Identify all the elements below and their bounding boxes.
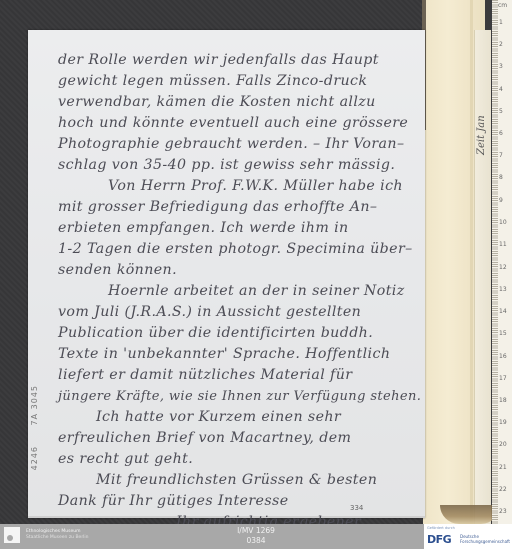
ruler-label: 14 (499, 308, 507, 315)
archive-margin-note: 7A 3045 (30, 385, 39, 425)
ruler-label: 1 (499, 19, 503, 26)
ruler-label: 19 (499, 419, 507, 426)
ruler-label: 11 (499, 241, 507, 248)
ruler-label: 9 (499, 197, 503, 204)
funded-by-label: Gefördert durch (427, 526, 455, 530)
letter-line: Ich hatte vor Kurzem einen sehr (58, 407, 418, 428)
letter-line: jüngere Kräfte, wie sie Ihnen zur Verfüg… (58, 386, 418, 407)
letter-line: Dank für Ihr gütiges Interesse (58, 491, 418, 512)
letter-line: Publication über die identificirten budd… (58, 323, 418, 344)
measurement-ruler: cm 1 2 3 4 5 6 7 8 9 10 11 12 13 14 15 1… (492, 0, 512, 524)
letter-line: Hoernle arbeitet an der in seiner Notiz (58, 281, 418, 302)
ruler-label: 20 (499, 441, 507, 448)
footer-bar: Ethnologisches Museum Staatliche Museen … (0, 524, 512, 549)
ruler-label: 15 (499, 330, 507, 337)
letter-line: erbieten empfangen. Ich werde ihm in (58, 218, 418, 239)
ruler-label: 18 (499, 397, 507, 404)
ruler-ticks (492, 0, 498, 524)
ruler-label: 7 (499, 152, 503, 159)
dfg-logo-icon: DFG (427, 533, 451, 546)
letter-text: der Rolle werden wir jedenfalls das Haup… (58, 50, 418, 524)
ruler-label: 4 (499, 86, 503, 93)
letter-line: Von Herrn Prof. F.W.K. Müller habe ich (58, 176, 418, 197)
letter-line: hoch und könnte eventuell auch eine grös… (58, 113, 418, 134)
page-number: 334 (350, 504, 363, 512)
ruler-label: 17 (499, 375, 507, 382)
letter-line: mit grosser Befriedigung das erhoffte An… (58, 197, 418, 218)
ruler-unit: cm (498, 2, 507, 9)
folder-side-note: Zeit Jan (476, 95, 490, 155)
letter-line: verwendbar, kämen die Kosten nicht allzu (58, 92, 418, 113)
ruler-label: 3 (499, 63, 503, 70)
letter-line: Mit freundlichsten Grüssen & besten (58, 470, 418, 491)
letter-line: vom Juli (J.R.A.S.) in Aussicht gestellt… (58, 302, 418, 323)
ruler-label: 22 (499, 486, 507, 493)
letter-line: gewicht legen müssen. Falls Zinco-druck (58, 71, 418, 92)
letter-line: 1-2 Tagen die ersten photogr. Specimina … (58, 239, 418, 260)
letter-line: Texte in 'unbekannter' Sprache. Hoffentl… (58, 344, 418, 365)
folder-stain (440, 505, 500, 524)
archive-margin-number: 4246 (30, 446, 39, 470)
letter-line: Photographie gebraucht werden. – Ihr Vor… (58, 134, 418, 155)
ruler-label: 6 (499, 130, 503, 137)
letter-line: der Rolle werden wir jedenfalls das Haup… (58, 50, 418, 71)
folder-edge (470, 0, 473, 524)
dfg-name-line2: Forschungsgemeinschaft (460, 539, 510, 544)
letter-line: liefert er damit nützliches Material für (58, 365, 418, 386)
letter-line: es recht gut geht. (58, 449, 418, 470)
ruler-label: 13 (499, 286, 507, 293)
scan-area: Zeit Jan cm 1 2 3 4 5 6 7 8 9 10 11 12 1… (0, 0, 512, 524)
letter-line: erfreulichen Brief von Macartney, dem (58, 428, 418, 449)
handwritten-letter: der Rolle werden wir jedenfalls das Haup… (28, 30, 425, 518)
ruler-label: 5 (499, 108, 503, 115)
ruler-label: 2 (499, 41, 503, 48)
letter-line: schlag von 35-40 pp. ist gewiss sehr mäs… (58, 155, 418, 176)
ruler-label: 23 (499, 508, 507, 515)
ruler-label: 12 (499, 264, 507, 271)
ruler-label: 8 (499, 174, 503, 181)
ruler-label: 10 (499, 219, 507, 226)
dfg-branding: Gefördert durch DFG Deutsche Forschungsg… (424, 524, 512, 549)
letter-line: senden können. (58, 260, 418, 281)
ruler-label: 21 (499, 464, 507, 471)
ruler-label: 16 (499, 353, 507, 360)
letter-closing: Ihr aufrichtig ergebener (58, 512, 418, 524)
